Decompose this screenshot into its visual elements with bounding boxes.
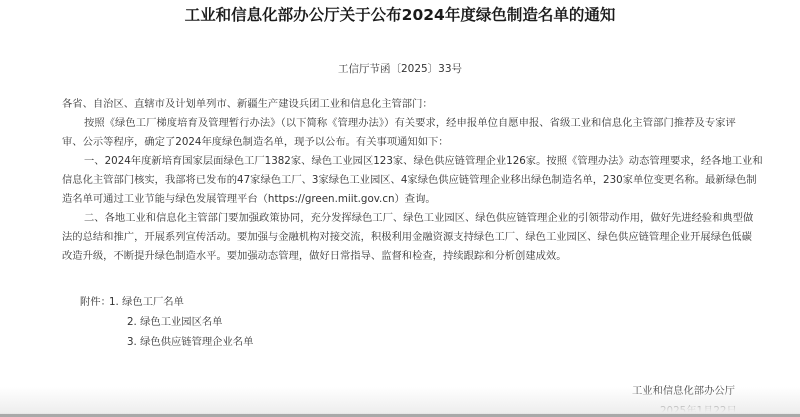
body-line-1: 按照《绿色工厂梯度培育及管理暂行办法》（以下简称《管理办法》）有关要求，经申报单… [84,116,736,130]
attachment-item-3: 3. 绿色供应链管理企业名单 [127,333,253,348]
body-line-5: 造名单可通过工业节能与绿色发展管理平台（https://green.miit.g… [62,192,436,206]
attachments-label: 附件： [80,293,111,308]
body-line-2: 审、公示等程序，确定了2024年度绿色制造名单，现予以公布。有关事项通知如下： [62,135,449,149]
document-title: 工业和信息化部办公厅关于公布2024年度绿色制造名单的通知 [0,3,800,25]
body-line-4: 信息化主管部门核实，我部将已发布的47家绿色工厂、3家绿色工业园区、4家绿色供应… [62,173,757,187]
document-number: 工信厅节函〔2025〕33号 [0,61,800,76]
attachment-item-2: 2. 绿色工业园区名单 [127,313,222,328]
body-line-6: 二、各地工业和信息化主管部门要加强政策协同，充分发挥绿色工厂、绿色工业园区、绿色… [84,211,753,225]
issuer-signature: 工业和信息化部办公厅 [632,382,735,397]
salutation: 各省、自治区、直辖市及计划单列市、新疆生产建设兵团工业和信息化主管部门： [62,97,433,111]
notice-document: 工业和信息化部办公厅关于公布2024年度绿色制造名单的通知 工信厅节函〔2025… [0,0,800,417]
attachment-item-1: 1. 绿色工厂名单 [109,293,184,308]
body-line-3: 一、2024年度新培育国家层面绿色工厂1382家、绿色工业园区123家、绿色供应… [84,154,763,168]
body-line-7: 法的总结和推广，开展系列宣传活动。要加强与金融机构对接交流，积极利用金融资源支持… [62,230,752,244]
body-line-8: 改造升级，不断提升绿色制造水平。要加强动态管理，做好日常指导、监督和检查，持续跟… [62,249,567,263]
